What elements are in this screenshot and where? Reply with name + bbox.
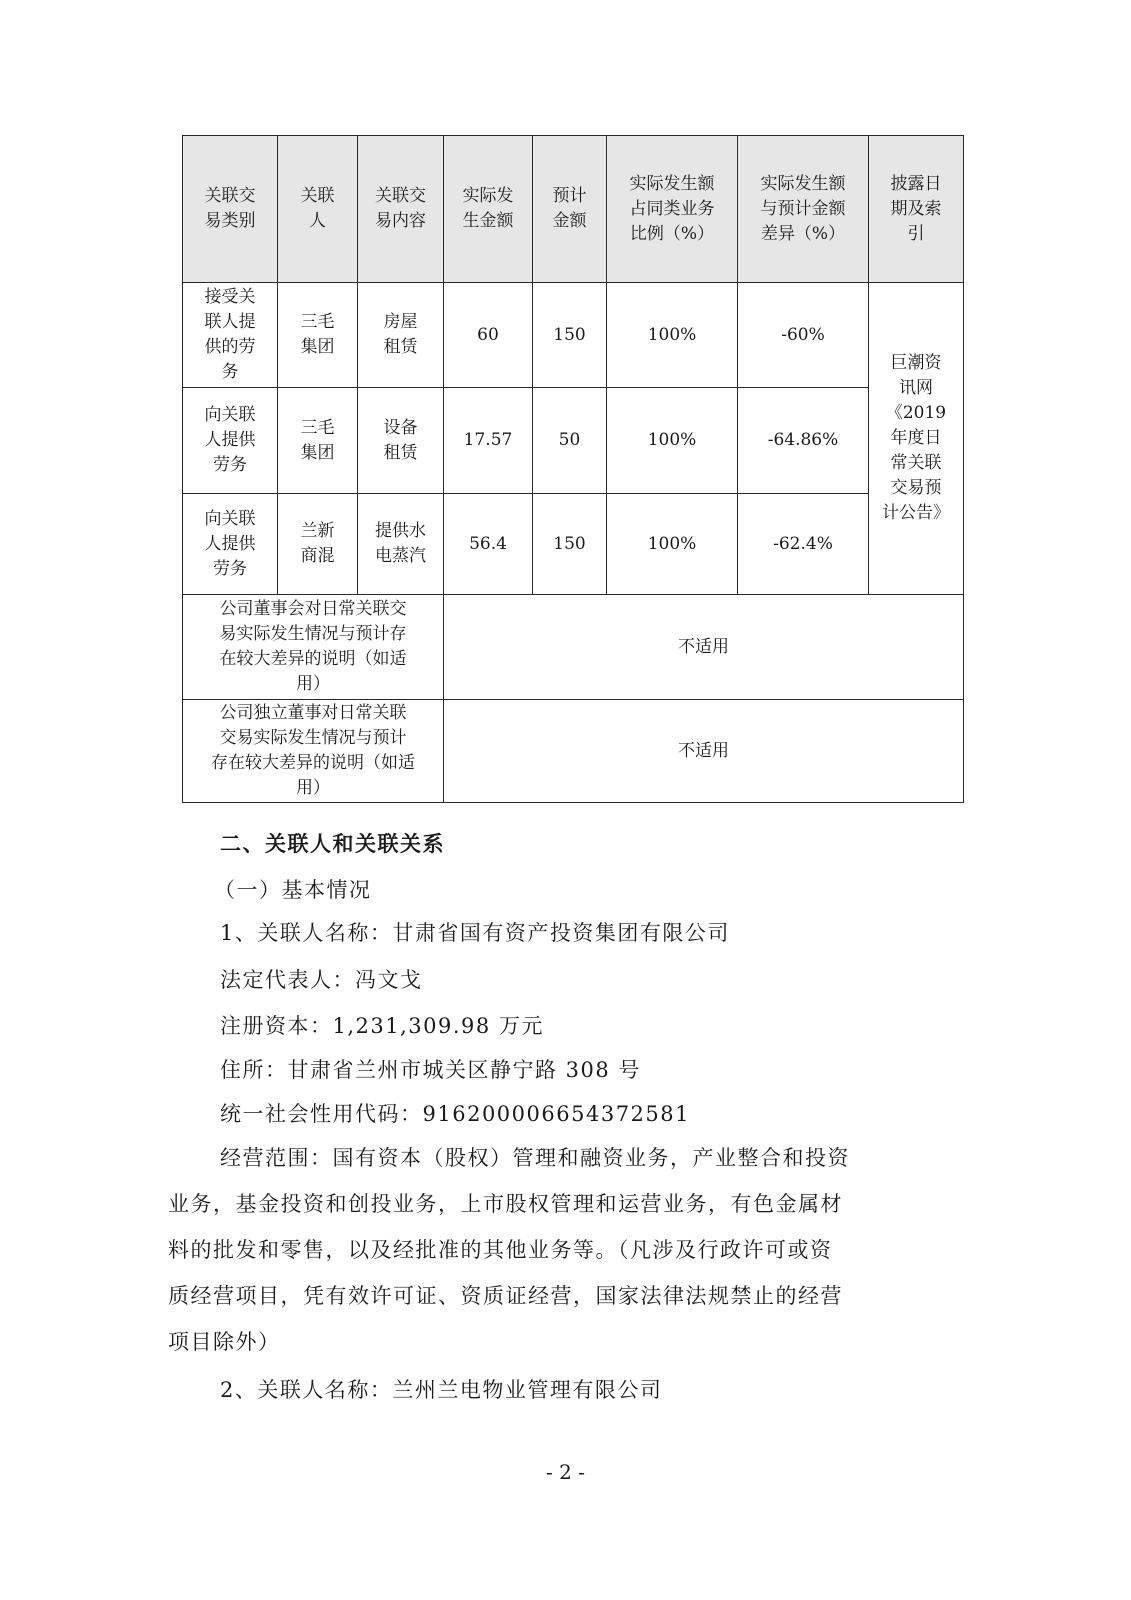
cell-party: 兰新商混 (278, 494, 358, 595)
header-content: 关联交易内容 (358, 136, 444, 283)
header-difference: 实际发生额与预计金额差异（%） (738, 136, 869, 283)
party1-scope-line: 项目除外） (168, 1326, 281, 1356)
header-actual-amount: 实际发生金额 (444, 136, 533, 283)
cell-forecast: 150 (533, 494, 607, 595)
related-transactions-table: 关联交易类别 关联人 关联交易内容 实际发生金额 预计金额 实际发生额占同类业务… (182, 135, 964, 803)
table-row: 接受关联人提供的劳务 三毛集团 房屋租赁 60 150 100% -60% 巨潮… (183, 283, 964, 388)
header-disclosure: 披露日期及索引 (869, 136, 964, 283)
cell-content: 设备租赁 (358, 388, 444, 494)
cell-diff: -64.86% (738, 388, 869, 494)
cell-diff: -60% (738, 283, 869, 388)
party1-capital: 注册资本：1,231,309.98 万元 (220, 1010, 544, 1040)
cell-content: 房屋租赁 (358, 283, 444, 388)
cell-party: 三毛集团 (278, 388, 358, 494)
cell-actual: 17.57 (444, 388, 533, 494)
header-forecast-amount: 预计金额 (533, 136, 607, 283)
cell-category: 向关联人提供劳务 (183, 494, 278, 595)
board-note-row: 公司董事会对日常关联交易实际发生情况与预计存在较大差异的说明（如适用） 不适用 (183, 595, 964, 700)
cell-actual: 56.4 (444, 494, 533, 595)
cell-actual: 60 (444, 283, 533, 388)
board-note-label: 公司董事会对日常关联交易实际发生情况与预计存在较大差异的说明（如适用） (183, 595, 444, 700)
section-heading: 二、关联人和关联关系 (220, 828, 445, 858)
cell-party: 三毛集团 (278, 283, 358, 388)
party1-scope-line: 质经营项目，凭有效许可证、资质证经营，国家法律法规禁止的经营 (168, 1280, 843, 1310)
cell-category: 向关联人提供劳务 (183, 388, 278, 494)
board-note-value: 不适用 (444, 595, 964, 700)
cell-ratio: 100% (607, 388, 738, 494)
party1-credit-code: 统一社会性用代码：916200006654372581 (220, 1098, 690, 1128)
header-ratio: 实际发生额占同类业务比例（%） (607, 136, 738, 283)
party1-address: 住所：甘肃省兰州市城关区静宁路 308 号 (220, 1054, 641, 1084)
table-row: 向关联人提供劳务 三毛集团 设备租赁 17.57 50 100% -64.86% (183, 388, 964, 494)
table-header-row: 关联交易类别 关联人 关联交易内容 实际发生金额 预计金额 实际发生额占同类业务… (183, 136, 964, 283)
page-number: - 2 - (0, 1460, 1131, 1484)
party1-scope-line: 经营范围：国有资本（股权）管理和融资业务，产业整合和投资 (220, 1142, 850, 1172)
party1-scope-line: 业务，基金投资和创投业务，上市股权管理和运营业务，有色金属材 (168, 1188, 843, 1218)
cell-disclosure: 巨潮资讯网《2019年度日常关联交易预计公告》 (869, 283, 964, 595)
cell-diff: -62.4% (738, 494, 869, 595)
header-category: 关联交易类别 (183, 136, 278, 283)
cell-content: 提供水电蒸汽 (358, 494, 444, 595)
party1-legal-rep: 法定代表人：冯文戈 (220, 964, 423, 994)
independent-director-note-value: 不适用 (444, 700, 964, 803)
party1-name: 1、关联人名称：甘肃省国有资产投资集团有限公司 (220, 917, 730, 947)
header-party: 关联人 (278, 136, 358, 283)
table-row: 向关联人提供劳务 兰新商混 提供水电蒸汽 56.4 150 100% -62.4… (183, 494, 964, 595)
cell-category: 接受关联人提供的劳务 (183, 283, 278, 388)
cell-ratio: 100% (607, 283, 738, 388)
independent-director-note-label: 公司独立董事对日常关联交易实际发生情况与预计存在较大差异的说明（如适用） (183, 700, 444, 803)
section-subheading: （一）基本情况 (214, 874, 372, 904)
party1-scope-line: 料的批发和零售，以及经批准的其他业务等。（凡涉及行政许可或资 (168, 1234, 833, 1264)
cell-forecast: 150 (533, 283, 607, 388)
cell-ratio: 100% (607, 494, 738, 595)
document-page: 关联交易类别 关联人 关联交易内容 实际发生金额 预计金额 实际发生额占同类业务… (0, 0, 1131, 1600)
cell-forecast: 50 (533, 388, 607, 494)
independent-director-note-row: 公司独立董事对日常关联交易实际发生情况与预计存在较大差异的说明（如适用） 不适用 (183, 700, 964, 803)
party2-name: 2、关联人名称：兰州兰电物业管理有限公司 (220, 1374, 662, 1404)
